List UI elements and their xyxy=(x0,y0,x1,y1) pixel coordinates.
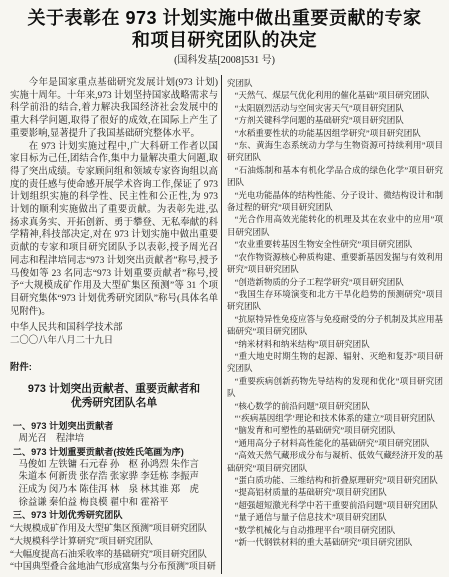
team-item: “大幅度提高石油采收率的基础研究”项目研究团队 xyxy=(10,548,218,561)
team-item: “重大地史时期生物的起源、辐射、灭绝和复苏”项目研究团队 xyxy=(227,350,443,375)
document-title-line2: 和项目研究团队的决定 xyxy=(0,29,449,51)
right-column: 究团队 “天然气、煤层气优化利用的催化基础”项目研究团队“太阳剧烈活动与空间灾害… xyxy=(222,72,449,574)
two-column-layout: 今年是国家重点基础研究发展计划(973 计划)实施十周年。十年来,973 计划坚… xyxy=(0,72,449,574)
team-item: “超强超短激光科学中若干重要前沿问题”项目研究团队 xyxy=(227,499,443,511)
team-item: “天然气、煤层气优化利用的催化基础”项目研究团队 xyxy=(227,89,443,101)
team-item: “大规模科学计算研究”项目研究团队 xyxy=(10,535,218,548)
team-item: “太阳剧烈活动与空间灾害天气”项目研究团队 xyxy=(227,102,443,114)
names-row: 汪成为 闵乃本 陈佳洱 林 泉 林其谁 郑 虎 xyxy=(10,484,218,497)
team-item: “纳米材料和纳米结构”项目研究团队 xyxy=(227,338,443,350)
section1-names: 周光召 程津培 xyxy=(10,433,218,446)
team-item: “水稻重要性状的功能基因组学研究”项目研究团队 xyxy=(227,127,443,139)
signature-org: 中华人民共和国科学技术部 xyxy=(10,322,218,335)
document-number: (国科发基[2008]531 号) xyxy=(0,54,449,67)
document-page: 关于表彰在 973 计划实施中做出重要贡献的专家 和项目研究团队的决定 (国科发… xyxy=(0,0,449,577)
team-item: “农业重要转基因生物安全性研究”项目研究团队 xyxy=(227,238,443,250)
document-title-line1: 关于表彰在 973 计划实施中做出重要贡献的专家 xyxy=(0,7,449,29)
teams-list-left: “大规模成矿作用及大型矿集区预测”项目研究团队“大规模科学计算研究”项目研究团队… xyxy=(10,522,218,573)
names-row: 马俊如 左铁镛 石元春 孙 枢 孙鸿烈 朱作言 xyxy=(10,459,218,472)
team-item: “通用高分子材料高性能化的基础研究”项目研究团队 xyxy=(227,437,443,449)
section2-names-list: 马俊如 左铁镛 石元春 孙 枢 孙鸿烈 朱作言朱道本 何新贵 张存浩 张家骅 李… xyxy=(10,459,218,510)
section2-heading: 二、973 计划重要贡献者(按姓氏笔画为序) xyxy=(10,446,218,459)
teams-list-right: “天然气、煤层气优化利用的催化基础”项目研究团队“太阳剧烈活动与空间灾害天气”项… xyxy=(227,89,443,548)
team-item: “‘疾病基因组学’理论和技术体系的建立”项目研究团队 xyxy=(227,412,443,424)
team-item: “抗原特异性免疫应答与免疫耐受的分子机制及其应用基础研究”项目研究团队 xyxy=(227,313,443,338)
team-item: “重要疾病创新药物先导结构的发现和优化”项目研究团队 xyxy=(227,375,443,400)
body-paragraph: 今年是国家重点基础研究发展计划(973 计划)实施十周年。十年来,973 计划坚… xyxy=(10,77,218,141)
team-item: “光合作用高效光能转化的机理及其在农业中的应用”项目研究团队 xyxy=(227,213,443,238)
team-item: “大规模成矿作用及大型矿集区预测”项目研究团队 xyxy=(10,522,218,535)
team-item: “农作物资源核心种质构建、重要新基因发掘与有效利用研究”项目研究团队 xyxy=(227,251,443,276)
team-item: “高效天然气藏形成分布与凝析、低效气藏经济开发的基础研究”项目研究团队 xyxy=(227,449,443,474)
main-text: 今年是国家重点基础研究发展计划(973 计划)实施十周年。十年来,973 计划坚… xyxy=(10,77,218,318)
team-item: “提高铝材质量的基础研究”项目研究团队 xyxy=(227,486,443,498)
team-item: “新一代钢铁材料的重大基础研究”项目研究团队 xyxy=(227,536,443,548)
names-row: 朱道本 何新贵 张存浩 张家骅 李廷栋 李振声 xyxy=(10,471,218,484)
team-item: “创造新物质的分子工程学研究”项目研究团队 xyxy=(227,276,443,288)
team-item: “方剂关键科学问题的基础研究”项目研究团队 xyxy=(227,114,443,126)
team-item: “核心数学的前沿问题”项目研究团队 xyxy=(227,400,443,412)
attachment-title-line2: 优秀研究团队名单 xyxy=(10,396,218,410)
attachment-label: 附件: xyxy=(10,361,218,374)
team-item: “中国典型叠合盆地油气形成富集与分布预测”项目研 xyxy=(10,560,218,573)
attachment-title-line1: 973 计划突出贡献者、重要贡献者和 xyxy=(10,382,218,396)
section3-heading: 三、973 计划优秀研究团队 xyxy=(10,509,218,522)
team-item: “脑发育和可塑性的基础研究”项目研究团队 xyxy=(227,424,443,436)
team-item: “光电功能晶体的结构性能、分子设计、微结构设计和制备过程的研究”项目研究团队 xyxy=(227,189,443,214)
team-item: “量子通信与量子信息技术”项目研究团队 xyxy=(227,511,443,523)
team-item: “东、黄海生态系统动力学与生物资源可持续利用”项目研究团队 xyxy=(227,139,443,164)
team-item-continuation: 究团队 xyxy=(227,77,443,89)
document-title: 关于表彰在 973 计划实施中做出重要贡献的专家 和项目研究团队的决定 xyxy=(0,0,449,51)
team-item: “数学机械化与自动推理平台”项目研究团队 xyxy=(227,524,443,536)
team-item: “蛋白质功能、三维结构和折叠原理研究”项目研究团队 xyxy=(227,474,443,486)
left-column: 今年是国家重点基础研究发展计划(973 计划)实施十周年。十年来,973 计划坚… xyxy=(0,72,221,574)
team-item: “我国生存环境演变和北方干旱化趋势的预测研究”项目研究团队 xyxy=(227,288,443,313)
section1-heading: 一、973 计划突出贡献者 xyxy=(10,420,218,433)
team-item: “石油炼制和基本有机化学品合成的绿色化学”项目研究团队 xyxy=(227,164,443,189)
body-paragraph: 在 973 计划实施过程中,广大科研工作者以国家目标为己任,团结合作,集中力量解… xyxy=(10,141,218,319)
signature-date: 二〇〇八年八月二十九日 xyxy=(10,335,218,348)
names-row: 徐益谦 秦伯益 梅良模 翟中和 霍裕平 xyxy=(10,497,218,510)
